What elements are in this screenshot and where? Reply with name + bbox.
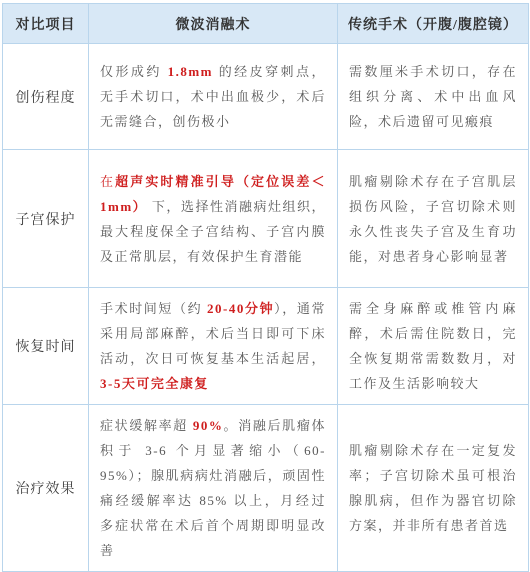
table-row-outcome: 治疗效果 症状缓解率超 90%。消融后肌瘤体积于 3-6 个月显著缩小（60-9… bbox=[3, 405, 529, 572]
text-segment: 肌瘤剔除术存在一定复发率；子宫切除术虽可根治腺肌病，但作为器官切除方案，并非所有… bbox=[349, 443, 517, 533]
ablation-cell: 症状缓解率超 90%。消融后肌瘤体积于 3-6 个月显著缩小（60-95%）；腺… bbox=[89, 405, 338, 572]
highlight-value: 1.8mm bbox=[168, 64, 213, 79]
text-segment: 肌瘤剔除术存在子宫肌层损伤风险，子宫切除术则永久性丧失子宫及生育功能，对患者身心… bbox=[349, 174, 517, 264]
traditional-cell: 需数厘米手术切口，存在组织分离、术中出血风险，术后遗留可见瘢痕 bbox=[338, 44, 529, 150]
category-cell: 恢复时间 bbox=[3, 288, 89, 405]
category-cell: 治疗效果 bbox=[3, 405, 89, 572]
table-row-trauma: 创伤程度 仅形成约 1.8mm 的经皮穿刺点，无手术切口，术中出血极少，术后无需… bbox=[3, 44, 529, 150]
table-row-uterus: 子宫保护 在超声实时精准引导（定位误差＜1mm） 下，选择性消融病灶组织，最大程… bbox=[3, 150, 529, 288]
header-cell-traditional: 传统手术（开腹/腹腔镜） bbox=[338, 4, 529, 44]
text-segment: 在 bbox=[100, 174, 115, 189]
text-segment: 症状缓解率超 bbox=[100, 418, 193, 433]
ablation-cell: 在超声实时精准引导（定位误差＜1mm） 下，选择性消融病灶组织，最大程度保全子宫… bbox=[89, 150, 338, 288]
header-cell-ablation: 微波消融术 bbox=[89, 4, 338, 44]
header-cell-item: 对比项目 bbox=[3, 4, 89, 44]
header-row: 对比项目 微波消融术 传统手术（开腹/腹腔镜） bbox=[3, 4, 529, 44]
text-segment: 手术时间短（约 bbox=[100, 301, 207, 316]
text-segment: 仅形成约 bbox=[100, 64, 168, 79]
category-cell: 创伤程度 bbox=[3, 44, 89, 150]
highlight-value: 20-40分钟 bbox=[207, 301, 274, 316]
text-segment: 。消融后肌瘤体积于 3-6 个月显著缩小（60-95%）；腺肌病病灶消融后，顽固… bbox=[100, 418, 326, 558]
highlight-value: 3-5天可完全康复 bbox=[100, 376, 209, 391]
traditional-cell: 肌瘤剔除术存在一定复发率；子宫切除术虽可根治腺肌病，但作为器官切除方案，并非所有… bbox=[338, 405, 529, 572]
category-cell: 子宫保护 bbox=[3, 150, 89, 288]
text-segment: 需数厘米手术切口，存在组织分离、术中出血风险，术后遗留可见瘢痕 bbox=[349, 64, 517, 129]
text-segment: 需全身麻醉或椎管内麻醉，术后需住院数日，完全恢复期常需数数月，对工作及生活影响较… bbox=[349, 301, 517, 391]
traditional-cell: 需全身麻醉或椎管内麻醉，术后需住院数日，完全恢复期常需数数月，对工作及生活影响较… bbox=[338, 288, 529, 405]
table-row-recovery: 恢复时间 手术时间短（约 20-40分钟），通常采用局部麻醉，术后当日即可下床活… bbox=[3, 288, 529, 405]
comparison-table-page: 对比项目 微波消融术 传统手术（开腹/腹腔镜） 创伤程度 仅形成约 1.8mm … bbox=[0, 0, 530, 543]
traditional-cell: 肌瘤剔除术存在子宫肌层损伤风险，子宫切除术则永久性丧失子宫及生育功能，对患者身心… bbox=[338, 150, 529, 288]
ablation-cell: 手术时间短（约 20-40分钟），通常采用局部麻醉，术后当日即可下床活动，次日可… bbox=[89, 288, 338, 405]
comparison-table: 对比项目 微波消融术 传统手术（开腹/腹腔镜） 创伤程度 仅形成约 1.8mm … bbox=[2, 3, 529, 572]
ablation-cell: 仅形成约 1.8mm 的经皮穿刺点，无手术切口，术中出血极少，术后无需缝合，创伤… bbox=[89, 44, 338, 150]
highlight-value: 90% bbox=[193, 418, 224, 433]
